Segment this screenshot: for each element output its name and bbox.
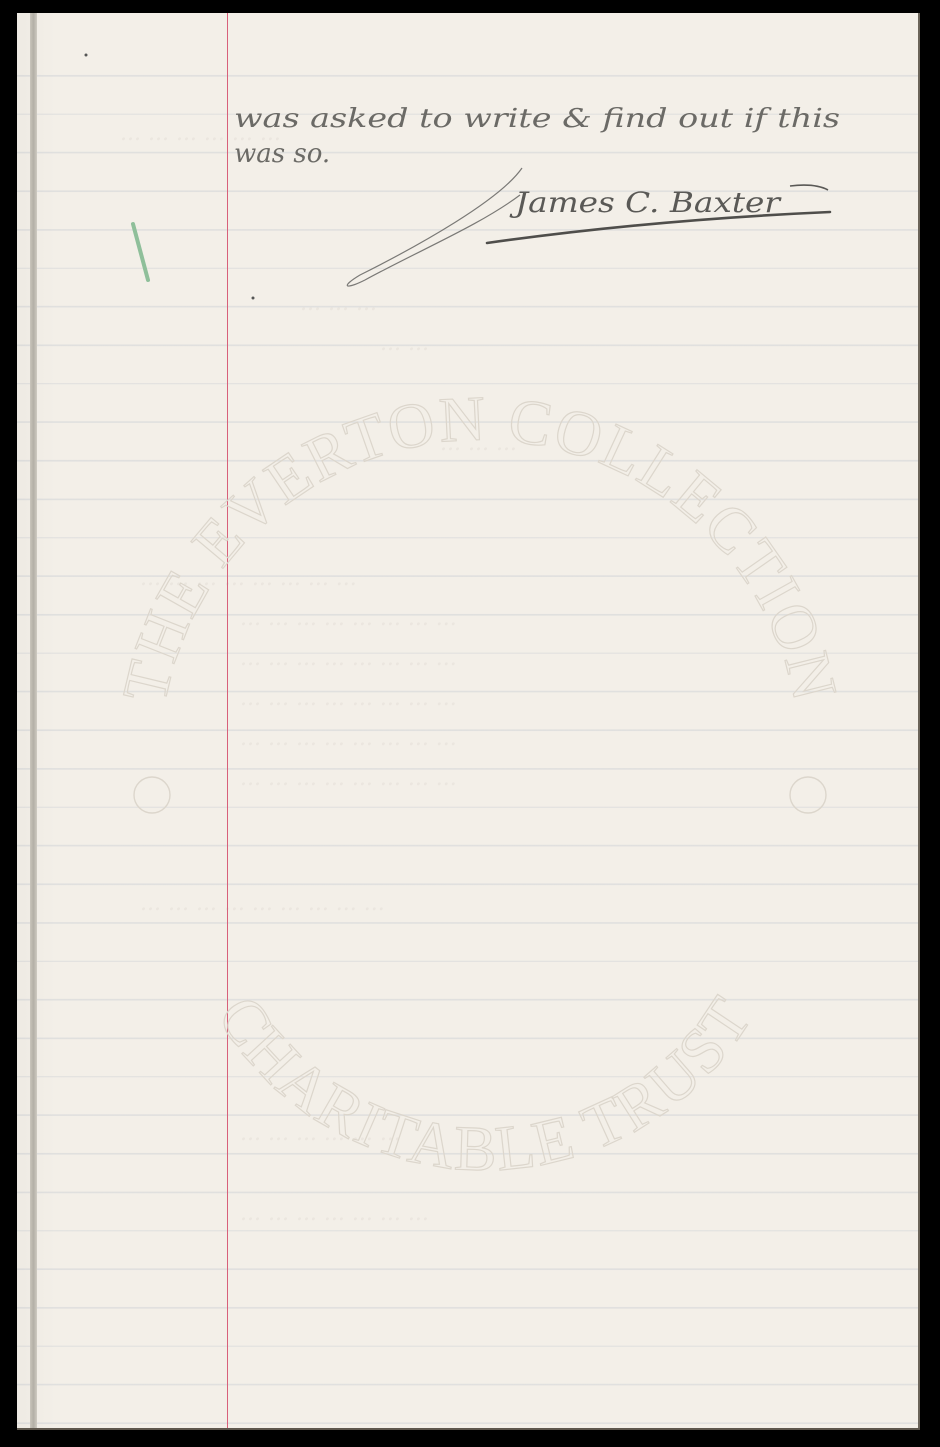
svg-text:... ... ...: ... ... ... [300, 291, 377, 316]
svg-text:... ... ... ... ... ... ... ..: ... ... ... ... ... ... ... ... [240, 686, 457, 711]
watermark-dot-right [790, 777, 826, 813]
handwritten-note: was asked to write & find out if this wa… [234, 104, 840, 169]
watermark-dot-left [134, 777, 170, 813]
svg-text:... ... ... ... ... ... ... ..: ... ... ... ... ... ... ... ... [240, 646, 457, 671]
svg-text:... ...: ... ... [380, 331, 429, 356]
svg-text:... ... ... ... ... ... ... ..: ... ... ... ... ... ... ... ... [240, 766, 457, 791]
watermark: THE EVERTON COLLECTION CHARITABLE TRUST [109, 382, 852, 1184]
svg-text:... ... ... ... ... ... ...: ... ... ... ... ... ... ... [240, 1201, 429, 1226]
svg-text:... ... ... ... ... ... ... ..: ... ... ... ... ... ... ... ... ... [140, 891, 385, 916]
green-pencil-mark [133, 224, 148, 280]
ink-speck [252, 297, 255, 300]
watermark-top-text: THE EVERTON COLLECTION [109, 382, 852, 709]
signature-text: James C. Baxter [509, 186, 782, 219]
svg-text:... ... ... ... ... ... ... ..: ... ... ... ... ... ... ... ... [240, 606, 457, 631]
ink-speck [85, 54, 88, 57]
svg-text:... ... ... ... ... ... ... ..: ... ... ... ... ... ... ... ... [240, 726, 457, 751]
watermark-bottom-text: CHARITABLE TRUST [204, 983, 766, 1184]
page-content: ... ... ... ... ... ... ... ... ... ... … [0, 0, 940, 1447]
signature: James C. Baxter [347, 168, 830, 286]
note-line-1: was asked to write & find out if this [234, 104, 840, 134]
note-line-2: was so. [234, 139, 330, 169]
